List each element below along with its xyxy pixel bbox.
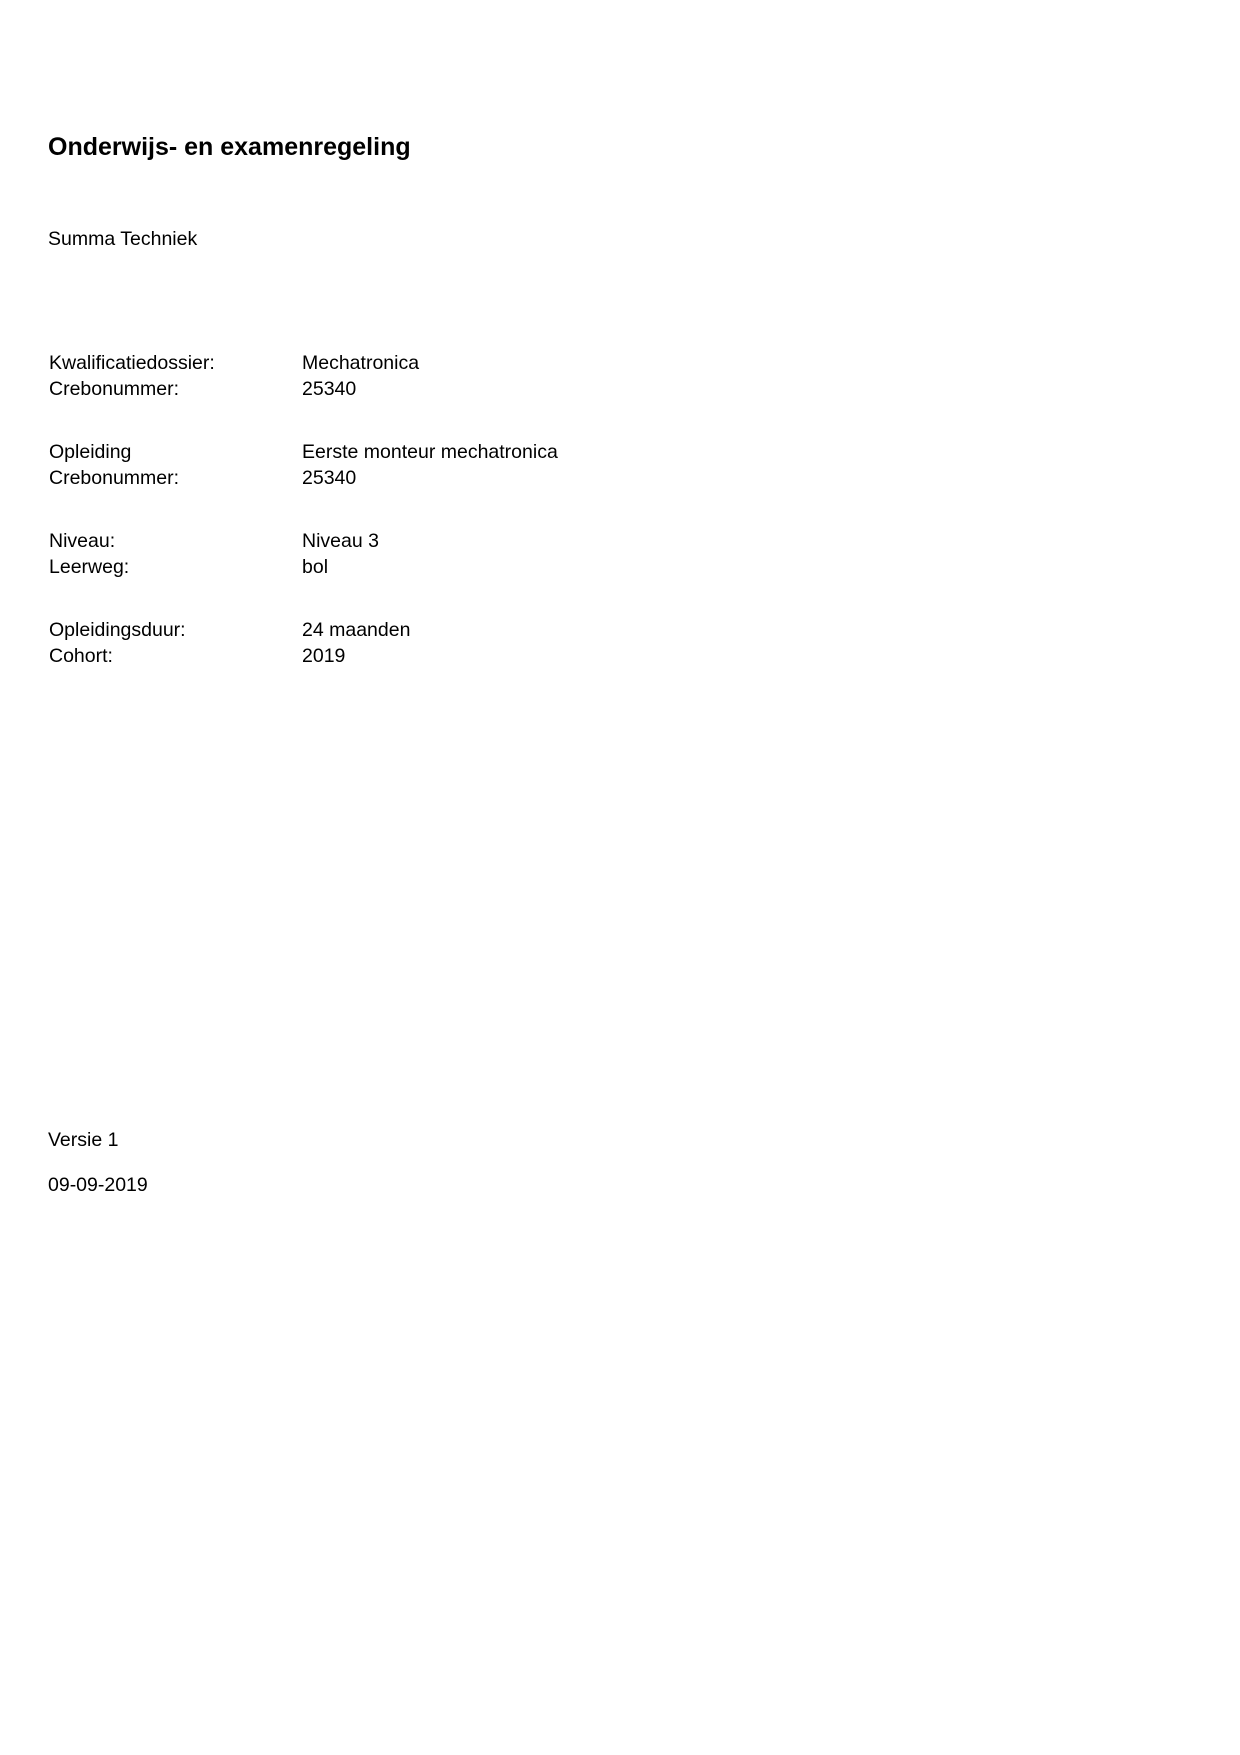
info-label: Niveau: [49,528,302,554]
organization-name: Summa Techniek [48,226,197,252]
info-group-program: Opleiding Eerste monteur mechatronica Cr… [49,439,558,491]
info-row: Leerweg: bol [49,554,558,580]
info-label: Opleidingsduur: [49,617,302,643]
info-group-level: Niveau: Niveau 3 Leerweg: bol [49,528,558,580]
info-label: Opleiding [49,439,302,465]
document-title: Onderwijs- en examenregeling [48,131,411,163]
info-value: 25340 [302,465,356,491]
info-row: Kwalificatiedossier: Mechatronica [49,350,558,376]
info-row: Cohort: 2019 [49,643,558,669]
document-footer: Versie 1 09-09-2019 [48,1127,148,1198]
info-value: 25340 [302,376,356,402]
info-label: Leerweg: [49,554,302,580]
version-label: Versie 1 [48,1127,148,1153]
info-value: 2019 [302,643,345,669]
info-row: Crebonummer: 25340 [49,376,558,402]
info-value: Eerste monteur mechatronica [302,439,558,465]
info-group-duration: Opleidingsduur: 24 maanden Cohort: 2019 [49,617,558,669]
document-date: 09-09-2019 [48,1172,148,1198]
info-row: Opleidingsduur: 24 maanden [49,617,558,643]
info-group-qualification: Kwalificatiedossier: Mechatronica Crebon… [49,350,558,402]
info-value: bol [302,554,328,580]
info-value: Mechatronica [302,350,419,376]
info-label: Kwalificatiedossier: [49,350,302,376]
info-row: Crebonummer: 25340 [49,465,558,491]
info-row: Opleiding Eerste monteur mechatronica [49,439,558,465]
info-value: Niveau 3 [302,528,379,554]
document-info-table: Kwalificatiedossier: Mechatronica Crebon… [49,350,558,706]
info-row: Niveau: Niveau 3 [49,528,558,554]
info-label: Crebonummer: [49,465,302,491]
info-value: 24 maanden [302,617,410,643]
info-label: Cohort: [49,643,302,669]
info-label: Crebonummer: [49,376,302,402]
